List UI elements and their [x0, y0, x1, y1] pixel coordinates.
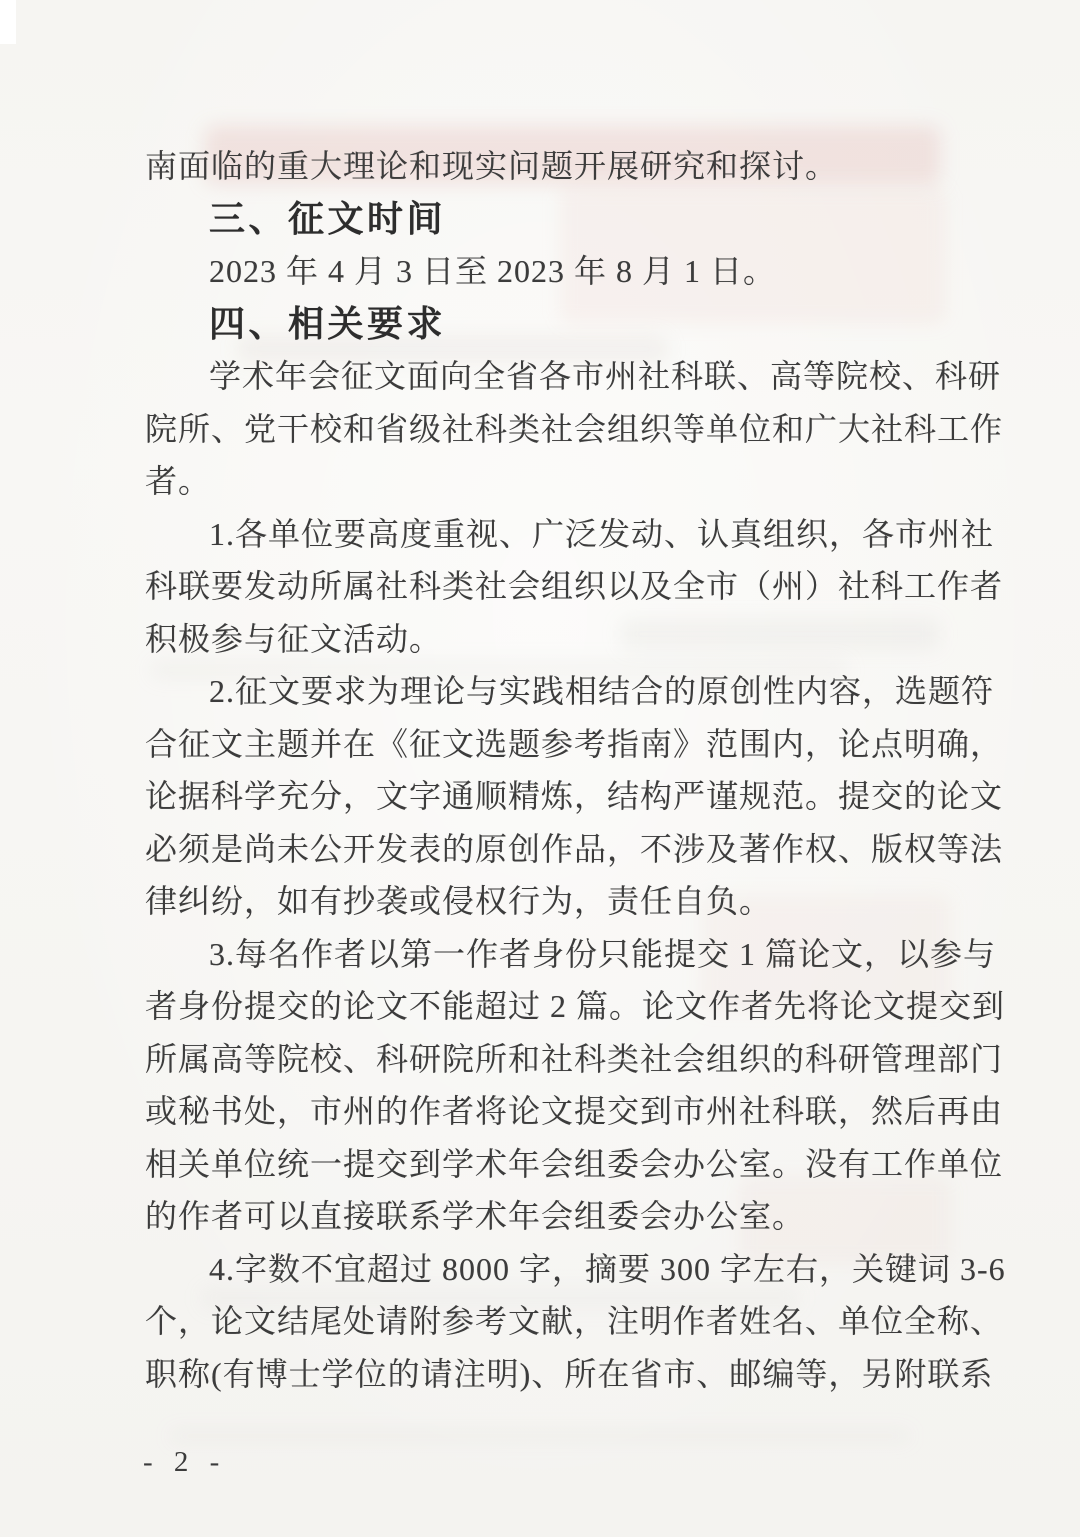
section-heading-4: 四、相关要求 — [145, 298, 945, 351]
text-line: 积极参与征文活动。 — [145, 613, 945, 666]
text-line: 者身份提交的论文不能超过 2 篇。论文作者先将论文提交到 — [145, 980, 945, 1033]
page-number: - 2 - — [143, 1438, 226, 1486]
text-line: 合征文主题并在《征文选题参考指南》范围内，论点明确， — [145, 718, 945, 771]
text-line: 所属高等院校、科研院所和社科类社会组织的科研管理部门 — [145, 1033, 945, 1086]
scanned-document-page: 南面临的重大理论和现实问题开展研究和探讨。 三、征文时间 2023 年 4 月 … — [0, 0, 1080, 1537]
text-line: 南面临的重大理论和现实问题开展研究和探讨。 — [145, 140, 945, 193]
text-line: 或秘书处，市州的作者将论文提交到市州社科联，然后再由 — [145, 1085, 945, 1138]
text-line: 相关单位统一提交到学术年会组委会办公室。没有工作单位 — [145, 1138, 945, 1191]
text-line: 个，论文结尾处请附参考文献，注明作者姓名、单位全称、 — [145, 1295, 945, 1348]
bleed-through-gray-row — [170, 1430, 910, 1442]
text-line: 者。 — [145, 455, 945, 508]
text-line: 论据科学充分，文字通顺精炼，结构严谨规范。提交的论文 — [145, 770, 945, 823]
text-line: 4.字数不宜超过 8000 字，摘要 300 字左右，关键词 3-6 — [145, 1243, 945, 1296]
scan-corner-notch — [0, 0, 16, 44]
text-line: 科联要发动所属社科类社会组织以及全市（州）社科工作者 — [145, 560, 945, 613]
text-line: 学术年会征文面向全省各市州社科联、高等院校、科研 — [145, 350, 945, 403]
text-line: 律纠纷，如有抄袭或侵权行为，责任自负。 — [145, 875, 945, 928]
text-line: 2023 年 4 月 3 日至 2023 年 8 月 1 日。 — [145, 245, 945, 298]
text-line: 1.各单位要高度重视、广泛发动、认真组织，各市州社 — [145, 508, 945, 561]
text-line: 的作者可以直接联系学术年会组委会办公室。 — [145, 1190, 945, 1243]
text-line: 职称(有博士学位的请注明)、所在省市、邮编等，另附联系 — [145, 1348, 945, 1401]
text-line: 必须是尚未公开发表的原创作品，不涉及著作权、版权等法 — [145, 823, 945, 876]
text-line: 3.每名作者以第一作者身份只能提交 1 篇论文，以参与 — [145, 928, 945, 981]
section-heading-3: 三、征文时间 — [145, 193, 945, 246]
document-body: 南面临的重大理论和现实问题开展研究和探讨。 三、征文时间 2023 年 4 月 … — [145, 140, 945, 1400]
text-line: 院所、党干校和省级社科类社会组织等单位和广大社科工作 — [145, 403, 945, 456]
text-line: 2.征文要求为理论与实践相结合的原创性内容，选题符 — [145, 665, 945, 718]
